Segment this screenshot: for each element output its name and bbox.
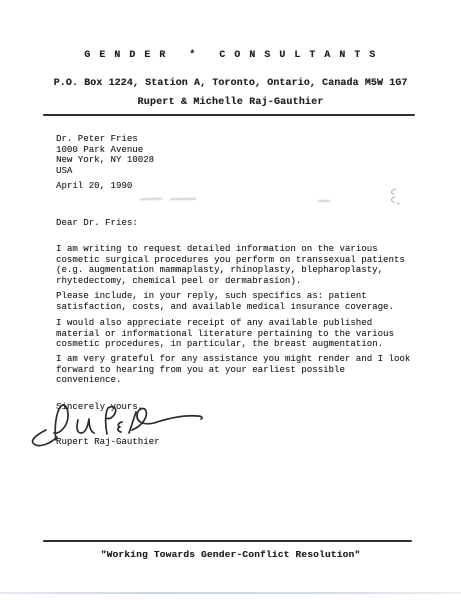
body-paragraph-3: I would also appreciate receipt of any a…: [56, 318, 394, 350]
scan-page-edge: [0, 592, 461, 594]
letterhead-address: P.O. Box 1224, Station A, Toronto, Ontar…: [0, 78, 461, 89]
scan-pencil-mark: [384, 186, 402, 206]
scan-smudge: [318, 200, 330, 202]
recipient-address-block: Dr. Peter Fries 1000 Park Avenue New Yor…: [56, 134, 154, 177]
letterhead-principals: Rupert & Michelle Raj-Gauthier: [0, 97, 461, 108]
scanned-letter-page: G E N D E R * C O N S U L T A N T S P.O.…: [0, 0, 461, 600]
recipient-name: Dr. Peter Fries: [56, 134, 154, 145]
letterhead-divider-line: [43, 114, 415, 116]
scan-smudge: [170, 198, 196, 200]
signature-name: Rupert Raj-Gauthier: [56, 437, 160, 448]
letter-date: April 20, 1990: [56, 181, 132, 192]
letterhead-org-name: G E N D E R * C O N S U L T A N T S: [0, 50, 461, 61]
salutation: Dear Dr. Fries:: [56, 218, 138, 229]
body-paragraph-4: I am very grateful for any assistance yo…: [56, 354, 410, 386]
body-paragraph-1: I am writing to request detailed informa…: [56, 244, 405, 287]
recipient-city: New York, NY 10028: [56, 155, 154, 166]
scan-smudge: [140, 198, 162, 201]
recipient-street: 1000 Park Avenue: [56, 145, 154, 156]
body-paragraph-2: Please include, in your reply, such spec…: [56, 291, 394, 312]
footer-divider-line: [43, 540, 412, 542]
footer-motto: "Working Towards Gender-Conflict Resolut…: [0, 549, 461, 560]
recipient-country: USA: [56, 166, 154, 177]
